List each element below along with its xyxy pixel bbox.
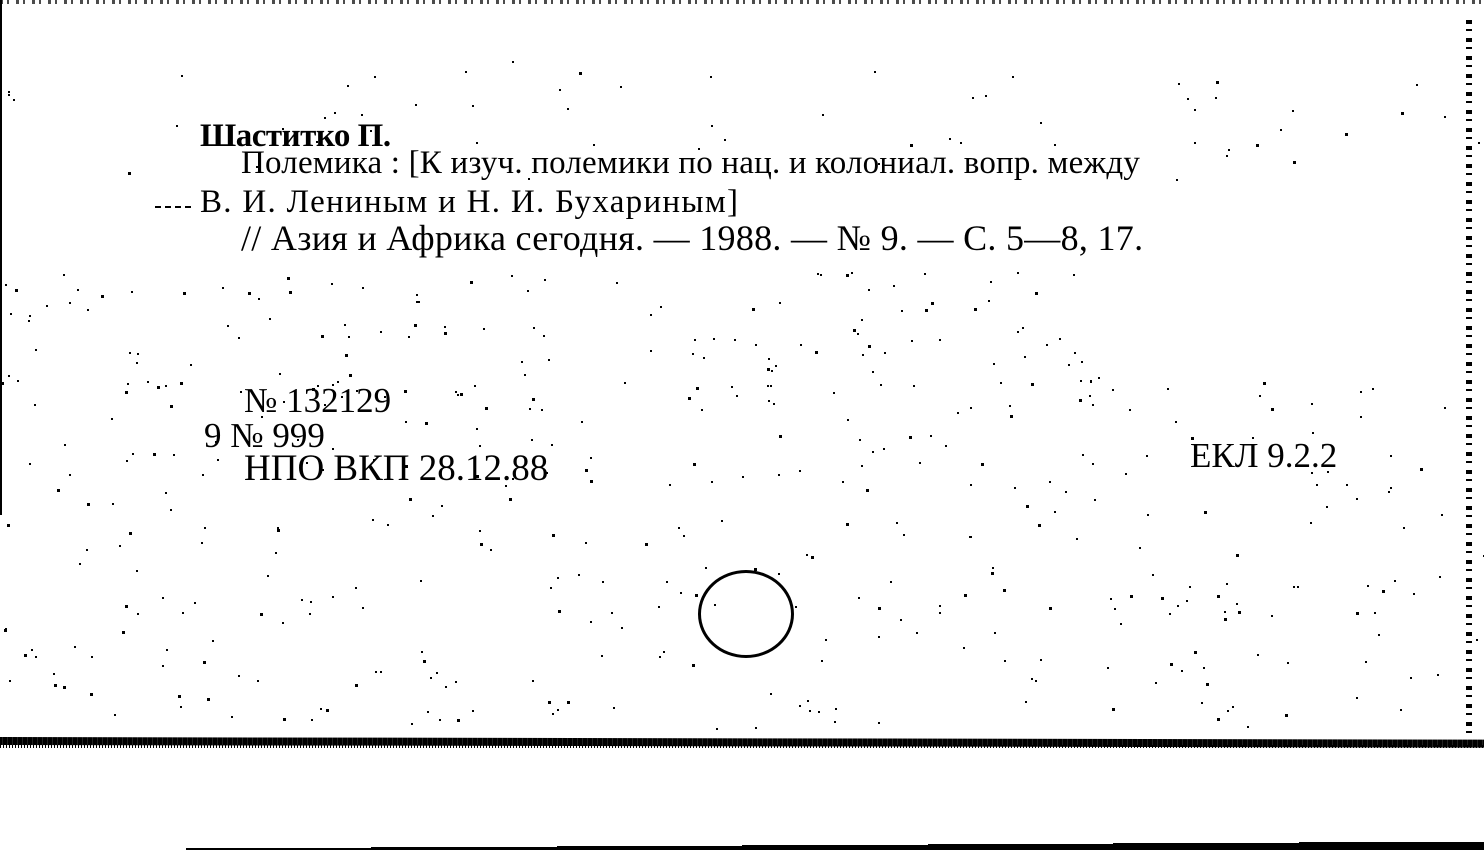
title-line-2: В. И. Лениным и Н. И. Бухариным] [200,186,739,219]
card-left-edge [0,0,2,515]
source-citation: // Азия и Африка сегодня. — 1988. — № 9.… [241,220,1143,256]
margin-dash-mark [155,206,193,208]
accession-number: № 132129 [244,383,391,418]
title-line-1: Полемика : [К изуч. полемики по нац. и к… [241,147,1140,180]
classification-code: ЕКЛ 9.2.2 [1190,438,1337,473]
card-top-edge [0,0,1484,4]
card-bottom-edge-shadow [0,745,1484,748]
punch-hole-icon [698,570,794,658]
scanner-edge-strip [186,840,1484,850]
issuer-date-line: НПО ВКП 28.12.88 [244,450,548,487]
catalog-card: Шаститко П. Полемика : [К изуч. полемики… [0,0,1484,745]
card-right-edge [1466,20,1472,742]
